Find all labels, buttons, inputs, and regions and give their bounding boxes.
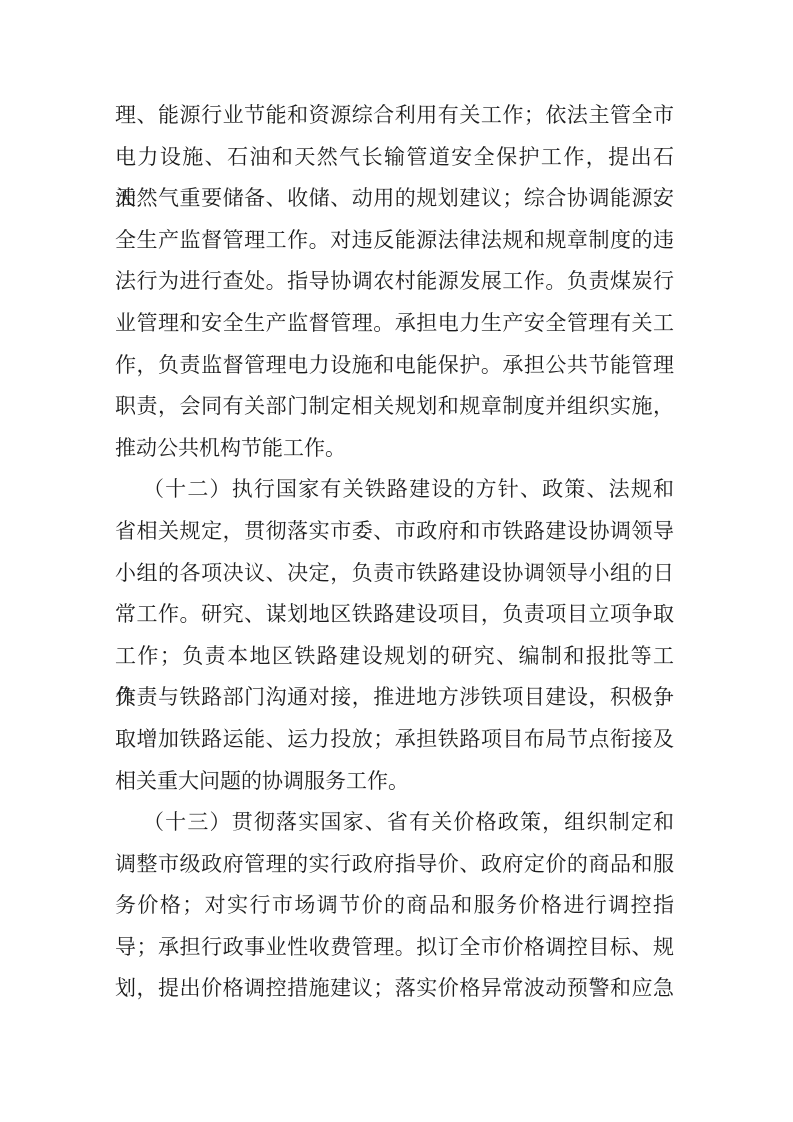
text-line: 取增加铁路运能、运力投放；承担铁路项目布局节点衔接及 [115,719,674,761]
text-line: 法行为进行查处。指导协调农村能源发展工作。负责煤炭行 [115,261,674,303]
text-line: 作，负责监督管理电力设施和电能保护。承担公共节能管理 [115,345,674,387]
text-line: 小组的各项决议、决定，负责市铁路建设协调领导小组的日 [115,553,674,595]
text-line: 业管理和安全生产监督管理。承担电力生产安全管理有关工 [115,303,674,345]
text-line: 划，提出价格调控措施建议；落实价格异常波动预警和应急 [115,968,674,1010]
document-text-block: 理、能源行业节能和资源综合利用有关工作；依法主管全市 电力设施、石油和天然气长输… [115,95,674,1010]
text-line: 负责与铁路部门沟通对接，推进地方涉铁项目建设，积极争 [115,677,674,719]
text-line: 理、能源行业节能和资源综合利用有关工作；依法主管全市 [115,95,674,137]
text-line: 天然气重要储备、收储、动用的规划建议；综合协调能源安 [115,178,674,220]
text-line: 省相关规定，贯彻落实市委、市政府和市铁路建设协调领导 [115,511,674,553]
text-line: 务价格；对实行市场调节价的商品和服务价格进行调控指 [115,885,674,927]
text-line-paragraph-end: 相关重大问题的协调服务工作。 [115,761,674,803]
text-line-paragraph-end: 推动公共机构节能工作。 [115,428,674,470]
text-line-paragraph-start-item-13: （十三）贯彻落实国家、省有关价格政策，组织制定和 [115,802,674,844]
text-line: 全生产监督管理工作。对违反能源法律法规和规章制度的违 [115,220,674,262]
text-line: 职责，会同有关部门制定相关规划和规章制度并组织实施， [115,386,674,428]
text-line: 电力设施、石油和天然气长输管道安全保护工作，提出石油、 [115,137,674,179]
text-line: 调整市级政府管理的实行政府指导价、政府定价的商品和服 [115,844,674,886]
text-line: 导；承担行政事业性收费管理。拟订全市价格调控目标、规 [115,927,674,969]
document-page: 理、能源行业节能和资源综合利用有关工作；依法主管全市 电力设施、石油和天然气长输… [0,0,793,1122]
text-line-paragraph-start-item-12: （十二）执行国家有关铁路建设的方针、政策、法规和 [115,469,674,511]
text-line: 常工作。研究、谋划地区铁路建设项目，负责项目立项争取 [115,594,674,636]
text-line: 工作；负责本地区铁路建设规划的研究、编制和报批等工作； [115,636,674,678]
